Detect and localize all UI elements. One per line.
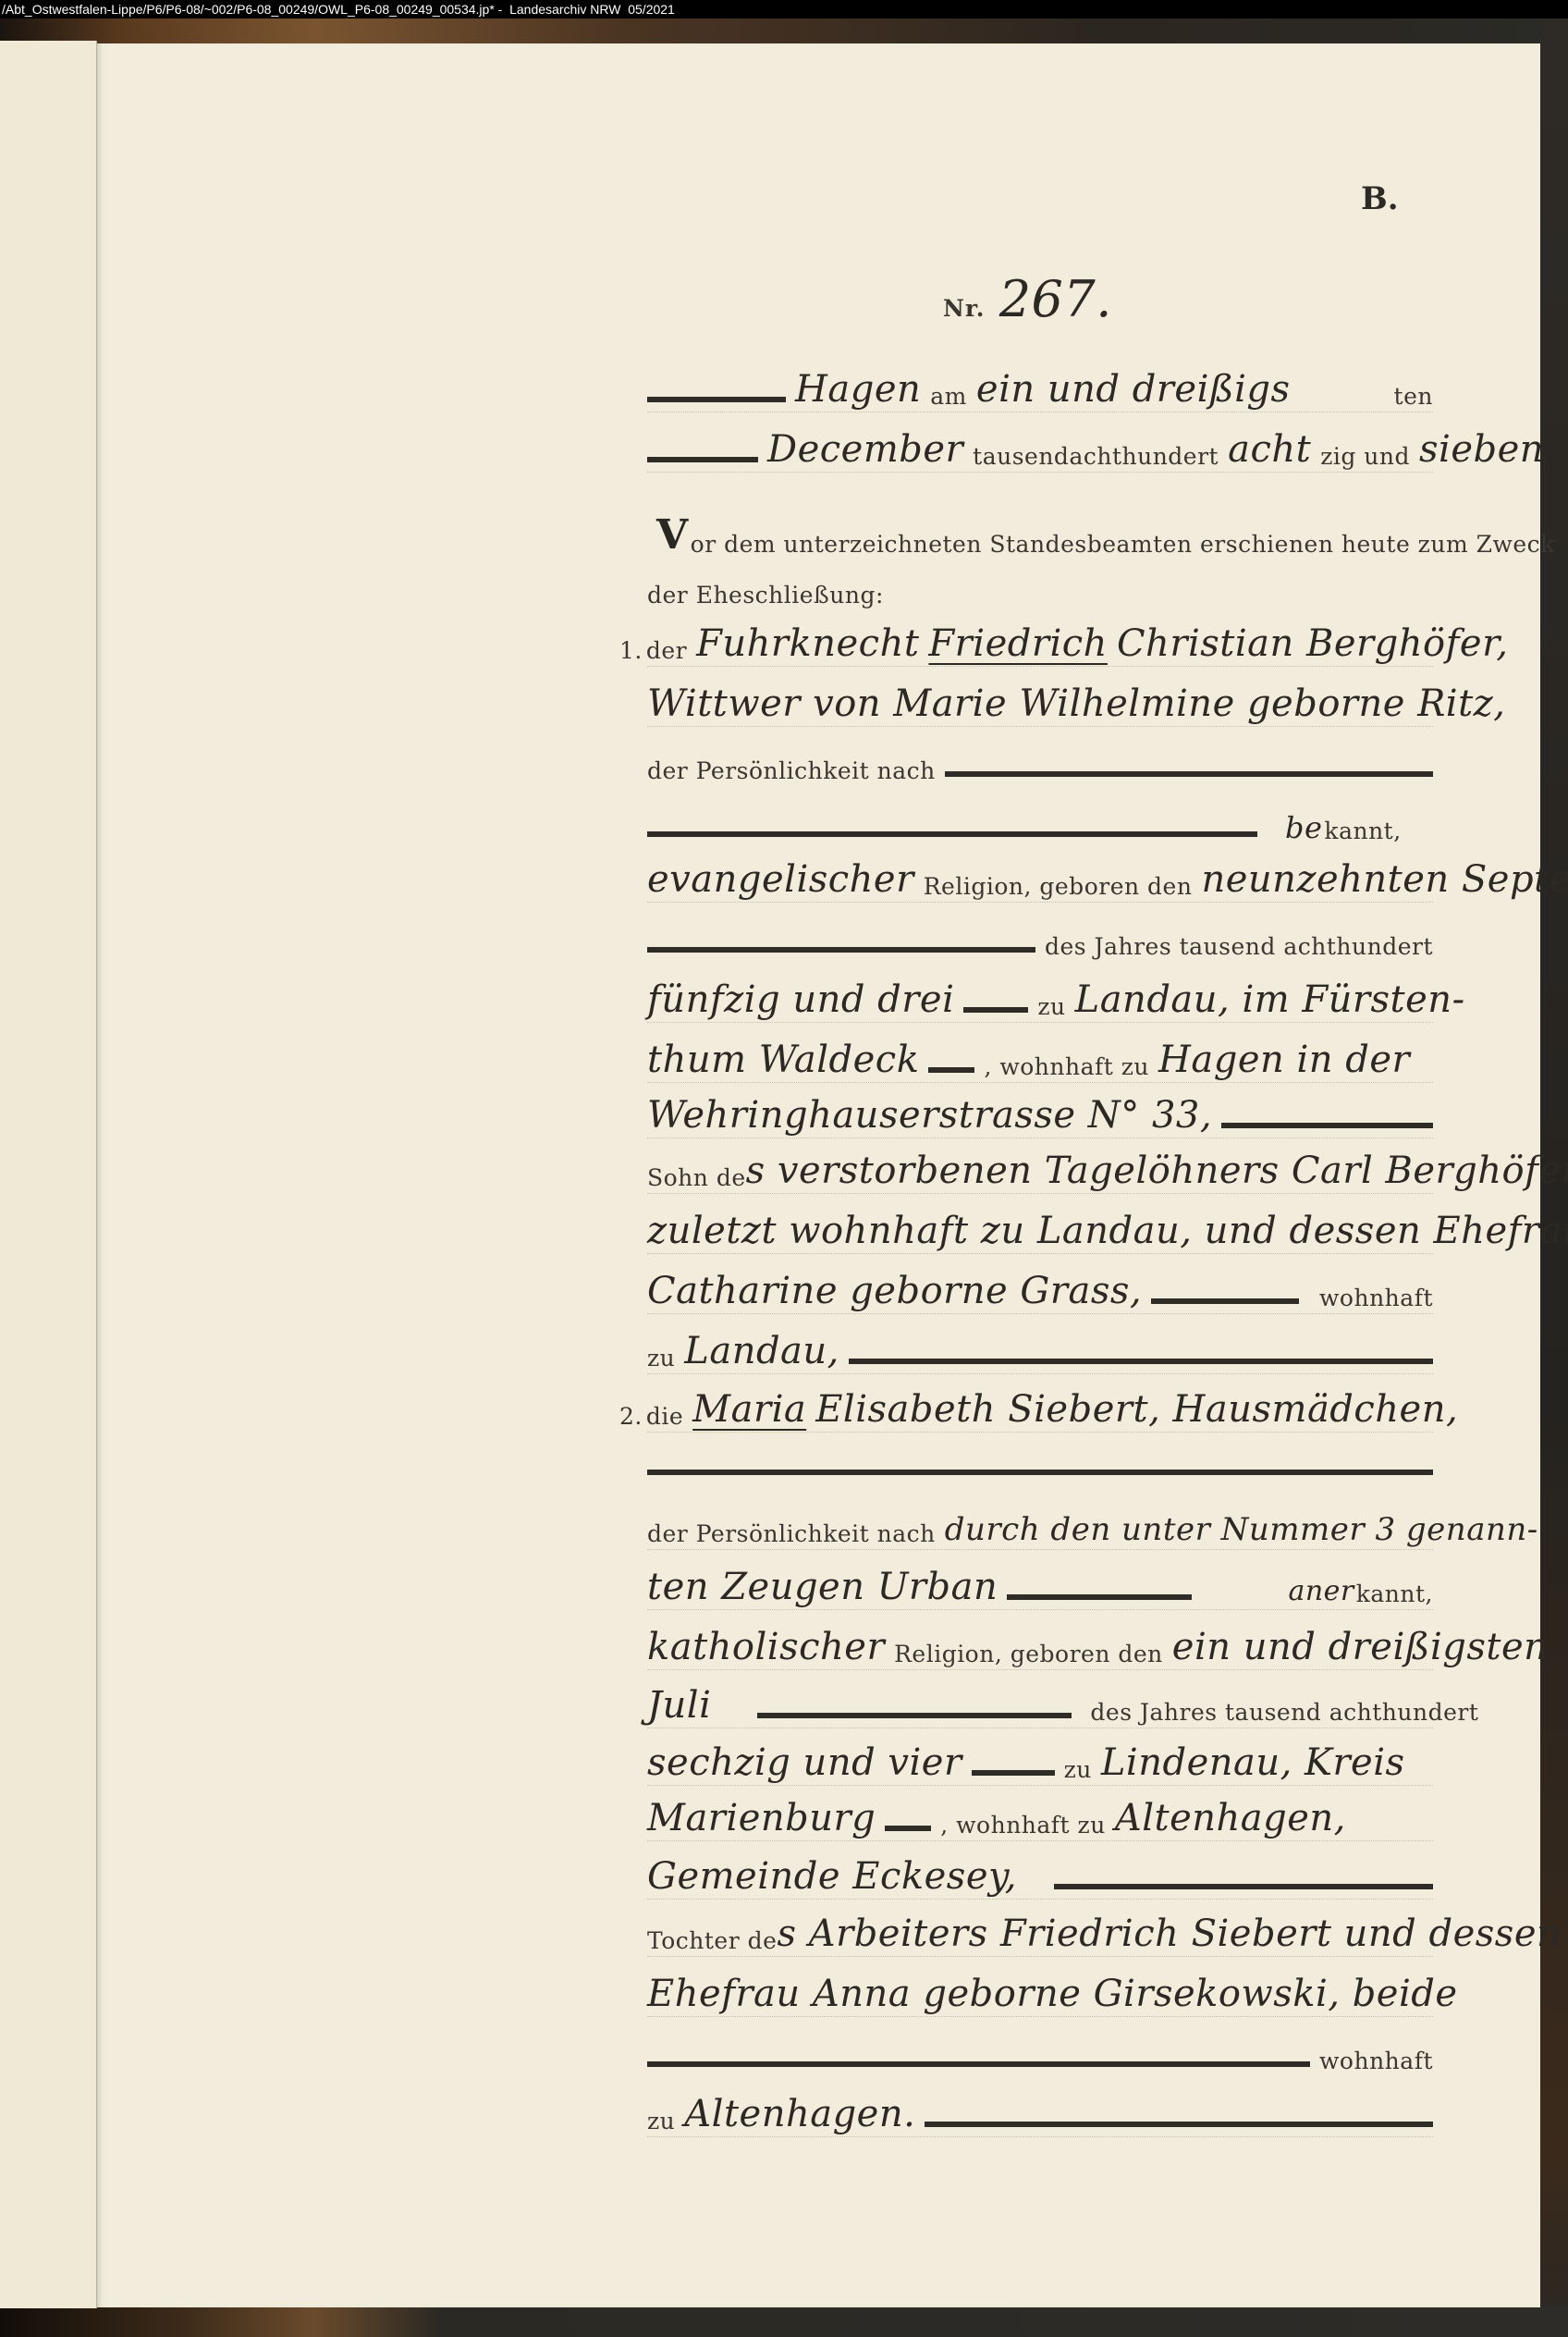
groom-name-line: 1. der Fuhrknecht Friedrich Christian Be… bbox=[647, 610, 1433, 667]
blank-rule bbox=[963, 1007, 1028, 1013]
blank-rule bbox=[647, 397, 786, 402]
year-label: tausendachthundert bbox=[973, 445, 1219, 472]
bride-identity-value-2: ten Zeugen Urban bbox=[647, 1568, 998, 1609]
book-binding-top bbox=[0, 18, 1568, 46]
bride-name-line: 2. die Maria Elisabeth Siebert, Hausmädc… bbox=[647, 1376, 1433, 1433]
groom-identity-line: der Persönlichkeit nach bbox=[647, 731, 1433, 786]
bride-known-line: ten Zeugen Urban aner kannt, bbox=[647, 1554, 1433, 1610]
blank-rule bbox=[647, 2061, 1310, 2067]
groom-known-label: kannt, bbox=[1324, 819, 1401, 846]
record-number-value: 267. bbox=[999, 270, 1112, 328]
year-unit: sieben. bbox=[1419, 431, 1556, 472]
groom-birth-year-line: fünfzig und drei zu Landau, im Fürsten- bbox=[647, 966, 1433, 1023]
groom-parents-residence-line: zu Landau, bbox=[647, 1318, 1433, 1374]
blank-rule bbox=[928, 1067, 974, 1073]
blank-rule bbox=[757, 1713, 1072, 1718]
groom-rest-name: Christian Berghöfer, bbox=[1117, 625, 1509, 666]
bride-parents-line-2: Ehefrau Anna geborne Girsekowski, beide bbox=[647, 1961, 1433, 2017]
bride-article: die bbox=[646, 1405, 683, 1432]
blank-rule bbox=[1151, 1298, 1299, 1304]
groom-article: der bbox=[646, 639, 687, 666]
bride-residence-label: , wohnhaft zu bbox=[940, 1814, 1106, 1840]
year-decade: acht bbox=[1228, 431, 1311, 472]
bride-birth-place: Lindenau, Kreis bbox=[1101, 1744, 1405, 1785]
groom-parents-line-2: zuletzt wohnhaft zu Landau, und dessen E… bbox=[647, 1198, 1433, 1254]
groom-parents-line-3: Catharine geborne Grass, wohnhaft bbox=[647, 1258, 1433, 1314]
blank-rule bbox=[647, 1470, 1433, 1475]
bride-identity-line: der Persönlichkeit nach durch den unter … bbox=[647, 1494, 1433, 1550]
place: Hagen bbox=[795, 371, 921, 412]
groom-first-name: Friedrich bbox=[928, 625, 1108, 666]
groom-residence: Hagen in der bbox=[1158, 1041, 1410, 1082]
blank-rule bbox=[885, 1826, 931, 1831]
bride-residence-2: Gemeinde Eckesey, bbox=[647, 1858, 1017, 1899]
intro-dropcap: V bbox=[656, 515, 689, 560]
groom-occupation: Fuhrknecht bbox=[696, 625, 919, 666]
month-year-line: December tausendachthundert acht zig und… bbox=[647, 416, 1433, 473]
blank-rule bbox=[945, 771, 1433, 777]
bride-parents-residence-line: zu Altenhagen. bbox=[647, 2081, 1433, 2137]
bride-parents-1: s Arbeiters Friedrich Siebert und dessen bbox=[777, 1915, 1561, 1956]
groom-religion-label: Religion, geboren den bbox=[924, 875, 1193, 902]
bride-blank-line bbox=[647, 1429, 1433, 1484]
bride-birth-year-line: sechzig und vier zu Lindenau, Kreis bbox=[647, 1729, 1433, 1786]
groom-marital-status: Wittwer von Marie Wilhelmine geborne Rit… bbox=[647, 685, 1505, 726]
bride-residence-line-2: Gemeinde Eckesey, bbox=[647, 1843, 1433, 1900]
groom-known-prefix: be bbox=[1285, 813, 1322, 846]
groom-residence-line-2: Wehringhauserstrasse N° 33, bbox=[647, 1082, 1433, 1138]
groom-religion: evangelischer bbox=[647, 861, 914, 902]
blank-rule bbox=[849, 1359, 1433, 1364]
bride-known-prefix: aner bbox=[1288, 1578, 1354, 1609]
blank-rule bbox=[647, 831, 1257, 837]
groom-residence-line: thum Waldeck , wohnhaft zu Hagen in der bbox=[647, 1027, 1433, 1083]
zig-label: zig und bbox=[1320, 445, 1410, 472]
groom-parents-2: zuletzt wohnhaft zu Landau, und dessen E… bbox=[647, 1212, 1568, 1253]
groom-parent-label: Sohn de bbox=[647, 1166, 746, 1193]
groom-religion-line: evangelischer Religion, geboren den neun… bbox=[647, 846, 1433, 903]
day: ein und dreißigs bbox=[976, 371, 1385, 412]
groom-parents-zu-label: zu bbox=[647, 1347, 675, 1373]
place-day-line: Hagen am ein und dreißigs ten bbox=[647, 356, 1433, 412]
bride-parents-wohnhaft-label: wohnhaft bbox=[1319, 2049, 1433, 2076]
groom-birth-place: Landau, im Fürsten- bbox=[1075, 981, 1465, 1022]
bride-birth-place-2: Marienburg bbox=[647, 1800, 876, 1840]
bride-birth-year: sechzig und vier bbox=[647, 1744, 962, 1785]
groom-parents-wohnhaft-label: wohnhaft bbox=[1319, 1286, 1433, 1313]
record-number-label: Nr. bbox=[943, 295, 985, 322]
bride-identity-label: der Persönlichkeit nach bbox=[647, 1522, 936, 1549]
bride-religion: katholischer bbox=[647, 1629, 885, 1669]
bride-identity-value: durch den unter Nummer 3 genann- bbox=[945, 1514, 1538, 1549]
intro-line-2: der Eheschließung: bbox=[647, 555, 1433, 610]
bride-residence-line: Marienburg , wohnhaft zu Altenhagen, bbox=[647, 1785, 1433, 1841]
bride-year-line: Juli des Jahres tausend achthundert bbox=[647, 1672, 1433, 1728]
record-number: Nr. 267. bbox=[943, 270, 1112, 328]
window-title-bar: /Abt_Ostwestfalen-Lippe/P6/P6-08/~002/P6… bbox=[0, 0, 1568, 18]
blank-rule bbox=[1054, 1884, 1433, 1889]
groom-parents-1: s verstorbenen Tagelöhners Carl Berghöfe… bbox=[746, 1152, 1568, 1193]
groom-known-line: be kannt, bbox=[647, 791, 1433, 846]
bride-parents-wohnhaft-line: wohnhaft bbox=[647, 2021, 1433, 2076]
groom-marital-line: Wittwer von Marie Wilhelmine geborne Rit… bbox=[647, 670, 1433, 727]
bride-parents-2: Ehefrau Anna geborne Girsekowski, beide bbox=[647, 1975, 1458, 2016]
book-binding-bottom bbox=[0, 2306, 1568, 2337]
month: December bbox=[767, 431, 963, 472]
groom-year-label: des Jahres tausend achthundert bbox=[1045, 935, 1433, 962]
groom-residence-label: , wohnhaft zu bbox=[984, 1055, 1149, 1082]
previous-page-edge bbox=[0, 41, 97, 2308]
bride-rest-name: Elisabeth Siebert, Hausmädchen, bbox=[815, 1391, 1458, 1432]
intro-text-2: der Eheschließung: bbox=[647, 584, 884, 610]
intro-line-1: V or dem unterzeichneten Standesbeamten … bbox=[647, 504, 1433, 560]
groom-index: 1. bbox=[619, 639, 643, 666]
bride-birth-day: ein und dreißigsten bbox=[1172, 1629, 1549, 1669]
am-label: am bbox=[930, 385, 967, 412]
bride-parents-line-1: Tochter de s Arbeiters Friedrich Siebert… bbox=[647, 1900, 1433, 1957]
blank-rule bbox=[1221, 1123, 1433, 1128]
bride-parent-label: Tochter de bbox=[647, 1929, 777, 1956]
bride-zu-label: zu bbox=[1064, 1758, 1092, 1785]
bride-first-name: Maria bbox=[692, 1391, 806, 1432]
section-letter: B. bbox=[1361, 180, 1399, 217]
blank-rule bbox=[647, 947, 1035, 953]
bride-parents-residence: Altenhagen. bbox=[684, 2096, 915, 2136]
blank-rule bbox=[647, 457, 758, 462]
groom-identity-label: der Persönlichkeit nach bbox=[647, 759, 936, 786]
blank-rule bbox=[1007, 1594, 1192, 1600]
groom-zu-label: zu bbox=[1037, 995, 1065, 1022]
bride-religion-label: Religion, geboren den bbox=[894, 1642, 1163, 1669]
blank-rule bbox=[925, 2122, 1433, 2127]
bride-birth-month: Juli bbox=[647, 1687, 711, 1728]
ten-label: ten bbox=[1394, 385, 1433, 412]
groom-parents-line-1: Sohn de s verstorbenen Tagelöhners Carl … bbox=[647, 1138, 1433, 1194]
groom-year-line: des Jahres tausend achthundert bbox=[647, 906, 1433, 962]
blank-rule bbox=[972, 1770, 1055, 1776]
groom-residence-2: Wehringhauserstrasse N° 33, bbox=[647, 1097, 1212, 1138]
bride-index: 2. bbox=[619, 1405, 643, 1432]
groom-parents-3: Catharine geborne Grass, bbox=[647, 1273, 1142, 1313]
bride-residence: Altenhagen, bbox=[1115, 1800, 1346, 1840]
bride-year-label: des Jahres tausend achthundert bbox=[1090, 1701, 1478, 1728]
bride-parents-zu-label: zu bbox=[647, 2109, 675, 2136]
bride-known-label: kannt, bbox=[1356, 1582, 1433, 1609]
groom-birth-date: neunzehnten September bbox=[1201, 861, 1568, 902]
groom-birth-place-2: thum Waldeck bbox=[647, 1041, 919, 1082]
groom-parents-residence: Landau, bbox=[684, 1333, 839, 1373]
groom-birth-year: fünfzig und drei bbox=[647, 981, 954, 1022]
bride-religion-line: katholischer Religion, geboren den ein u… bbox=[647, 1614, 1433, 1670]
